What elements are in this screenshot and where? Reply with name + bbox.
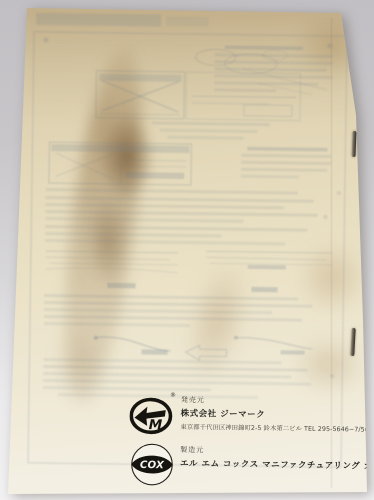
publisher-imprint: M ® 発売元 株式会社 ジーマーク 東京都千代田区神田錦町2-5 鈴木第二ビル… (0, 0, 374, 500)
distributor-name: 株式会社 ジーマーク (181, 407, 374, 422)
distributor-label: 発売元 (181, 395, 374, 408)
manufacturer-name: エル エム コックス マニファクチュアリング カンパニー-U.S.A. (180, 457, 374, 473)
booklet-back-cover: M ® 発売元 株式会社 ジーマーク 東京都千代田区神田錦町2-5 鈴木第二ビル… (0, 0, 374, 500)
page-content: M ® 発売元 株式会社 ジーマーク 東京都千代田区神田錦町2-5 鈴木第二ビル… (0, 0, 374, 500)
distributor-block: 発売元 株式会社 ジーマーク 東京都千代田区神田錦町2-5 鈴木第二ビル TEL… (180, 395, 374, 434)
paper-shadow: M ® 発売元 株式会社 ジーマーク 東京都千代田区神田錦町2-5 鈴木第二ビル… (0, 0, 374, 500)
manufacturer-block: 製造元 エル エム コックス マニファクチュアリング カンパニー-U.S.A. (180, 445, 374, 473)
registered-mark: ® (170, 392, 176, 399)
gm-logo: M (129, 395, 174, 436)
cox-logo-text: COX (140, 460, 165, 471)
gm-monogram-letter: M (149, 417, 163, 433)
photo-background: M ® 発売元 株式会社 ジーマーク 東京都千代田区神田錦町2-5 鈴木第二ビル… (0, 0, 374, 500)
distributor-address: 東京都千代田区神田錦町2-5 鈴木第二ビル TEL 295-5646~7/569… (180, 422, 374, 434)
cox-logo: COX (130, 442, 175, 487)
